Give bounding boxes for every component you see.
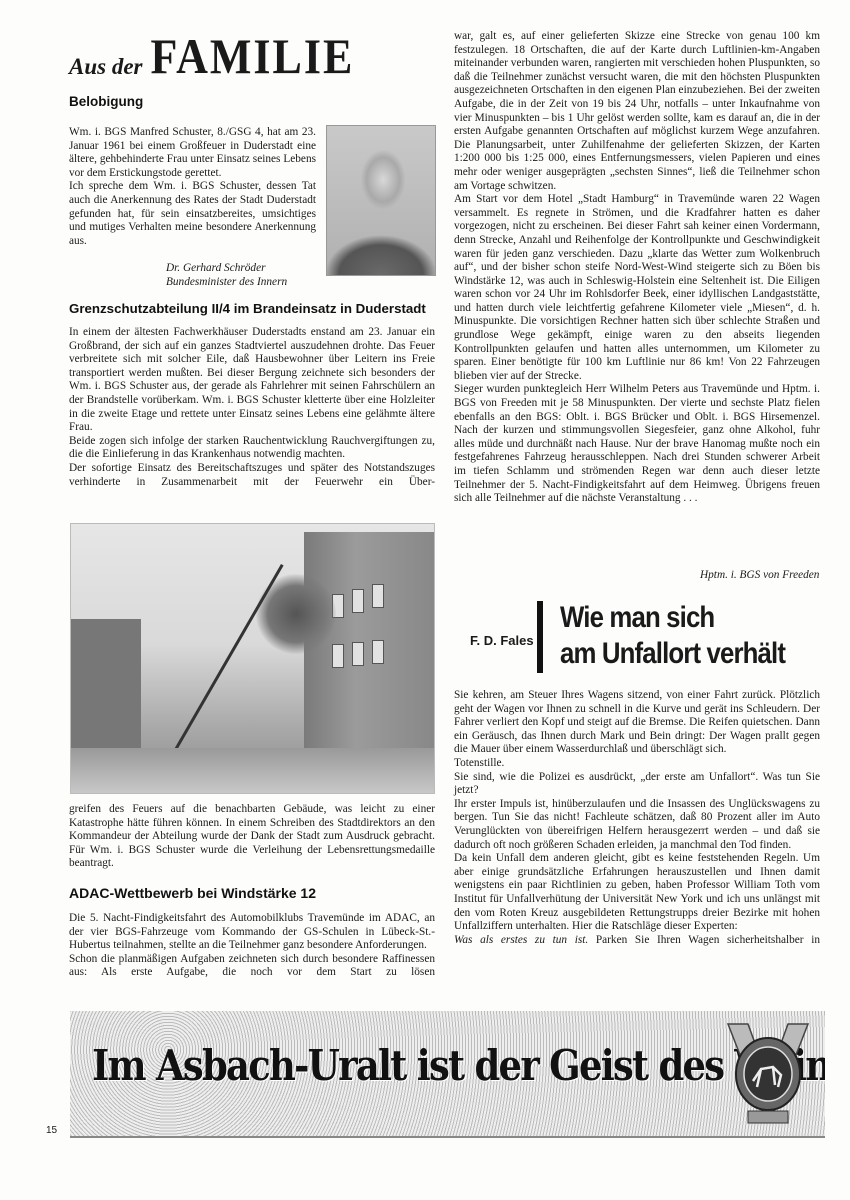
paragraph: Ihr erster Impuls ist, hinüberzulaufen u… — [454, 798, 820, 852]
photo-window — [352, 589, 364, 613]
brandeinsatz-body: In einem der ältesten Fachwerkhäuser Dud… — [69, 326, 435, 489]
paragraph-last: Was als erstes zu tun ist. Parken Sie Ih… — [454, 934, 820, 948]
article-title-line1: Wie man sich — [560, 600, 785, 636]
article-title: Wie man sich am Unfallort verhält — [560, 600, 785, 672]
belobigung-heading: Belobigung — [69, 94, 143, 109]
paragraph: Die 5. Nacht-Findigkeitsfahrt des Automo… — [69, 912, 435, 953]
adac-heading: ADAC-Wettbewerb bei Windstärke 12 — [69, 885, 316, 901]
photo-window — [372, 584, 384, 608]
paragraph: Schon die planmäßigen Aufgaben zeichnete… — [69, 953, 435, 980]
adac-signature: Hptm. i. BGS von Freeden — [700, 569, 819, 583]
paragraph: In einem der ältesten Fachwerkhäuser Dud… — [69, 326, 435, 435]
brandeinsatz-continuation: greifen des Feuers auf die benachbarten … — [69, 803, 435, 871]
belobigung-body: Wm. i. BGS Manfred Schuster, 8./GSG 4, h… — [69, 126, 316, 248]
fire-photo — [70, 523, 435, 794]
paragraph: Beide zogen sich infolge der starken Rau… — [69, 435, 435, 462]
portrait-photo — [326, 125, 436, 276]
photo-window — [372, 640, 384, 664]
paragraph-text: Parken Sie Ihren Wagen sicherheitshalber… — [588, 934, 820, 946]
paragraph: Sie kehren, am Steuer Ihres Wagens sitze… — [454, 689, 820, 757]
photo-window — [352, 642, 364, 666]
advertisement-banner: Im Asbach-Uralt ist der Geist des Weines… — [70, 1011, 825, 1138]
belobigung-signature-title: Bundesminister des Innern — [166, 276, 287, 290]
belobigung-signature-name: Dr. Gerhard Schröder — [166, 262, 265, 276]
masthead-prefix: Aus der — [69, 55, 143, 82]
paragraph: Totenstille. — [454, 757, 820, 771]
article-author: F. D. Fales — [470, 633, 534, 648]
photo-ladder — [166, 564, 284, 765]
asbach-seal-icon — [723, 1019, 813, 1129]
adac-body-left: Die 5. Nacht-Findigkeitsfahrt des Automo… — [69, 912, 435, 980]
paragraph: Ich spreche dem Wm. i. BGS Schuster, des… — [69, 180, 316, 248]
brandeinsatz-heading: Grenzschutzabteilung II/4 im Brandeinsat… — [69, 301, 426, 316]
photo-street — [71, 748, 434, 793]
photo-window — [332, 644, 344, 668]
paragraph: Sieger wurden punktegleich Herr Wilhelm … — [454, 383, 820, 505]
unfallort-body: Sie kehren, am Steuer Ihres Wagens sitze… — [454, 689, 820, 947]
adac-body-right: war, galt es, auf einer gelieferten Skiz… — [454, 30, 820, 506]
paragraph: Am Start vor dem Hotel „Stadt Hamburg“ i… — [454, 193, 820, 383]
title-bar-divider — [537, 601, 543, 673]
paragraph: Der sofortige Einsatz des Bereitschaftsz… — [69, 462, 435, 489]
section-masthead: Aus der FAMILIE — [69, 38, 354, 82]
paragraph: Da kein Unfall dem anderen gleicht, gibt… — [454, 852, 820, 934]
subheading-inline: Was als erstes zu tun ist. — [454, 934, 588, 946]
paragraph: Sie sind, wie die Polizei es ausdrückt, … — [454, 771, 820, 798]
masthead-title: FAMILIE — [151, 33, 355, 82]
article-title-line2: am Unfallort verhält — [560, 636, 785, 672]
paragraph: Wm. i. BGS Manfred Schuster, 8./GSG 4, h… — [69, 126, 316, 180]
page-number: 15 — [46, 1125, 57, 1136]
ad-slogan: Im Asbach-Uralt ist der Geist des Weines… — [92, 1041, 825, 1090]
paragraph: war, galt es, auf einer gelieferten Skiz… — [454, 30, 820, 193]
